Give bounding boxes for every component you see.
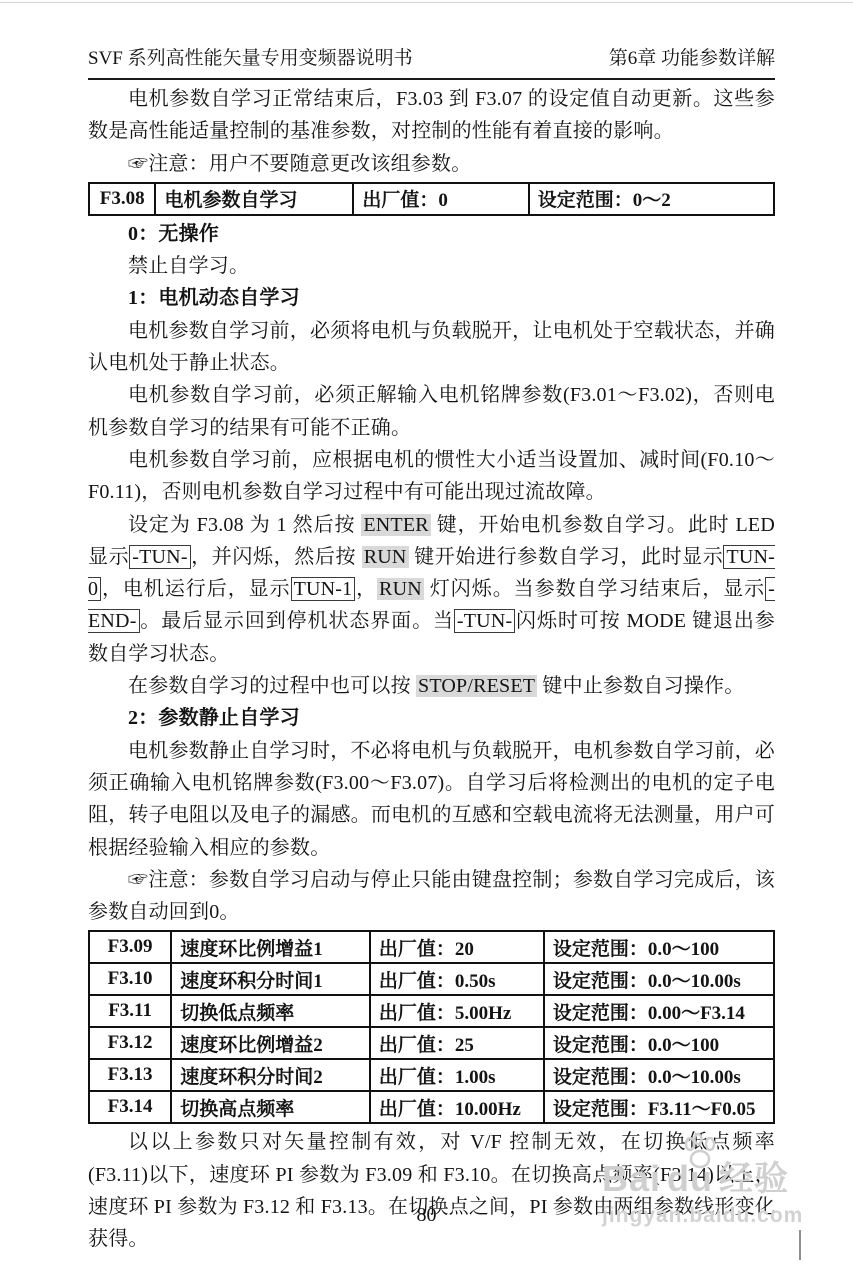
param-table-row: F3.11切换低点频率出厂值：5.00Hz设定范围：0.00～F3.14 — [89, 995, 774, 1027]
note-keyboard-control: ☞注意：参数自学习启动与停止只能由键盘控制；参数自学习完成后，该参数自动回到0。 — [88, 864, 775, 929]
text-segment: 键中止参数自习操作。 — [537, 675, 744, 697]
param-table-cell: 速度环比例增益2 — [171, 1027, 370, 1059]
para-intro: 电机参数自学习正常结束后，F3.03 到 F3.07 的设定值自动更新。这些参数… — [88, 83, 775, 148]
para-dynamic-tuning-2: 电机参数自学习前，必须正解输入电机铭牌参数(F3.01～F3.02)，否则电机参… — [88, 379, 775, 444]
note-do-not-modify: ☞注意：用户不要随意更改该组参数。 — [88, 148, 775, 180]
param-table-cell: 设定范围：0.0～10.00s — [544, 963, 774, 995]
param-table-cell: F3.09 — [89, 931, 171, 963]
param-table-cell: 设定范围：0～2 — [529, 183, 774, 215]
para-tuning-procedure: 设定为 F3.08 为 1 然后按 ENTER 键，开始电机参数自学习。此时 L… — [88, 509, 775, 670]
param-table-f308: F3.08电机参数自学习出厂值：0设定范围：0～2 — [88, 182, 775, 216]
param-table-pi: F3.09速度环比例增益1出厂值：20设定范围：0.0～100F3.10速度环积… — [88, 930, 775, 1124]
header-doc-title: SVF 系列高性能矢量专用变频器说明书 — [88, 46, 413, 72]
param-table-cell: 出厂值：5.00Hz — [370, 995, 544, 1027]
text-segment: 在参数自学习的过程中也可以按 — [128, 675, 416, 697]
param-table-row: F3.12速度环比例增益2出厂值：25设定范围：0.0～100 — [89, 1027, 774, 1059]
keypad-key-name: RUN — [362, 546, 409, 568]
param-table-cell: 出厂值：0.50s — [370, 963, 544, 995]
param-table-cell: 设定范围：0.0～100 — [544, 1027, 774, 1059]
page-content: SVF 系列高性能矢量专用变频器说明书 第6章 功能参数详解 电机参数自学习正常… — [88, 46, 775, 1256]
param-table-cell: 速度环积分时间1 — [171, 963, 370, 995]
param-table-cell: 设定范围：F3.11～F0.05 — [544, 1091, 774, 1123]
param-table-cell: 切换低点频率 — [171, 995, 370, 1027]
keypad-key-name: ENTER — [361, 514, 430, 536]
led-display-code: -TUN- — [129, 545, 190, 569]
param-table-cell: 电机参数自学习 — [155, 183, 353, 215]
param-table-cell: 设定范围：0.00～F3.14 — [544, 995, 774, 1027]
para-dynamic-tuning-1: 电机参数自学习前，必须将电机与负载脱开，让电机处于空载状态，并确认电机处于静止状… — [88, 315, 775, 380]
param-table-cell: 速度环积分时间2 — [171, 1059, 370, 1091]
page-header: SVF 系列高性能矢量专用变频器说明书 第6章 功能参数详解 — [88, 46, 775, 80]
text-segment: ， — [355, 578, 377, 600]
text-segment: 设定为 F3.08 为 1 然后按 — [128, 514, 361, 536]
option-2-heading: 2：参数静止自学习 — [88, 702, 775, 734]
para-stop-tuning: 在参数自学习的过程中也可以按 STOP/RESET 键中止参数自习操作。 — [88, 670, 775, 702]
document-page: SVF 系列高性能矢量专用变频器说明书 第6章 功能参数详解 电机参数自学习正常… — [0, 0, 853, 1280]
page-number: 80 — [0, 1204, 853, 1227]
param-table-cell: 设定范围：0.0～10.00s — [544, 1059, 774, 1091]
param-table-cell: 切换高点频率 — [171, 1091, 370, 1123]
param-table-cell: F3.14 — [89, 1091, 171, 1123]
para-option-0: 禁止自学习。 — [88, 250, 775, 282]
scan-edge — [0, 2, 853, 3]
param-table-cell: F3.12 — [89, 1027, 171, 1059]
param-table-row: F3.08电机参数自学习出厂值：0设定范围：0～2 — [89, 183, 774, 215]
led-display-code: -TUN- — [454, 609, 515, 633]
para-static-tuning: 电机参数静止自学习时，不必将电机与负载脱开，电机参数自学习前，必须正确输入电机铭… — [88, 735, 775, 864]
param-table-row: F3.09速度环比例增益1出厂值：20设定范围：0.0～100 — [89, 931, 774, 963]
param-table-cell: 出厂值：10.00Hz — [370, 1091, 544, 1123]
param-table-cell: 出厂值：20 — [370, 931, 544, 963]
param-table-cell: F3.10 — [89, 963, 171, 995]
param-table-row: F3.13速度环积分时间2出厂值：1.00s设定范围：0.0～10.00s — [89, 1059, 774, 1091]
param-table-cell: F3.13 — [89, 1059, 171, 1091]
param-table-row: F3.10速度环积分时间1出厂值：0.50s设定范围：0.0～10.00s — [89, 963, 774, 995]
text-segment: 键开始进行参数自学习，此时显示 — [409, 546, 724, 568]
option-0-heading: 0：无操作 — [88, 218, 775, 250]
param-table-cell: 设定范围：0.0～100 — [544, 931, 774, 963]
keypad-key-name: STOP/RESET — [416, 675, 537, 697]
param-table-cell: 速度环比例增益1 — [171, 931, 370, 963]
param-table-cell: F3.08 — [89, 183, 155, 215]
text-cursor — [799, 1230, 801, 1260]
text-segment: ，电机运行后，显示 — [101, 578, 290, 600]
keypad-key-name: RUN — [377, 578, 424, 600]
param-table-cell: 出厂值：0 — [353, 183, 528, 215]
text-segment: 。最后显示回到停机状态界面。当 — [140, 610, 454, 632]
param-table-cell: 出厂值：1.00s — [370, 1059, 544, 1091]
option-1-heading: 1：电机动态自学习 — [88, 282, 775, 314]
para-conclusion: 以以上参数只对矢量控制有效，对 V/F 控制无效，在切换低点频率(F3.11)以… — [88, 1126, 775, 1255]
text-segment: 灯闪烁。当参数自学习结束后，显示 — [424, 578, 765, 600]
led-display-code: TUN-1 — [291, 577, 356, 601]
para-dynamic-tuning-3: 电机参数自学习前，应根据电机的惯性大小适当设置加、减时间(F0.10～F0.11… — [88, 444, 775, 509]
text-segment: ，并闪烁，然后按 — [191, 546, 362, 568]
param-table-cell: 出厂值：25 — [370, 1027, 544, 1059]
param-table-row: F3.14切换高点频率出厂值：10.00Hz设定范围：F3.11～F0.05 — [89, 1091, 774, 1123]
param-table-cell: F3.11 — [89, 995, 171, 1027]
header-chapter-title: 第6章 功能参数详解 — [609, 46, 775, 72]
